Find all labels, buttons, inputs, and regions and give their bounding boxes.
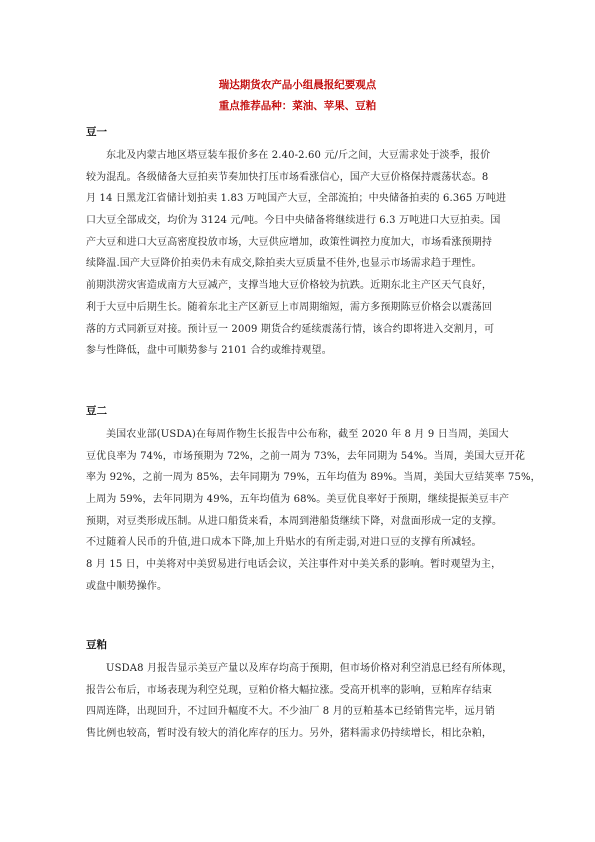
paragraph-line: 续降温.国产大豆降价拍卖仍未有成交,除拍卖大豆质量不佳外,也显示市场需求趋于理性… <box>86 257 516 279</box>
paragraph-line: 上周为 59%，去年同期为 49%，五年均值为 68%。美豆优良率好于预期，继续… <box>86 493 516 515</box>
section-body-soybean-1: 东北及内蒙古地区塔豆装车报价多在 2.40-2.60 元/斤之间，大豆需求处于淡… <box>86 149 516 366</box>
paragraph-line: 率为 92%，之前一周为 85%，去年同期为 79%，五年均值为 89%。当周，… <box>86 471 516 493</box>
paragraph-line: 口大豆全部成交，均价为 3124 元/吨。今日中央储备将继续进行 6.3 万吨进… <box>86 214 516 236</box>
section-heading-soymeal: 豆粕 <box>86 638 107 652</box>
paragraph-line: 东北及内蒙古地区塔豆装车报价多在 2.40-2.60 元/斤之间，大豆需求处于淡… <box>86 149 516 171</box>
section-heading-soybean-2: 豆二 <box>86 404 107 418</box>
document-page: 瑞达期货农产品小组晨报纪要观点 重点推荐品种：菜油、苹果、豆粕 豆一 东北及内蒙… <box>0 0 595 842</box>
paragraph-line: 四周连降，出现回升，不过回升幅度不大。不少油厂 8 月的豆粕基本已经销售完毕，远… <box>86 705 516 727</box>
paragraph-line: 产大豆和进口大豆高密度投放市场，大豆供应增加，政策性调控力度加大，市场看涨预期持 <box>86 236 516 258</box>
paragraph-line: 豆优良率为 74%，市场预期为 72%，之前一周为 73%，去年同期为 54%。… <box>86 450 516 472</box>
paragraph-line: 落的方式同新豆对接。预计豆一 2009 期货合约延续震荡行情，该合约即将进入交割… <box>86 323 516 345</box>
paragraph-line: 月 14 日黑龙江省储计划拍卖 1.83 万吨国产大豆，全部流拍；中央储备拍卖的… <box>86 192 516 214</box>
paragraph-line: 利于大豆中后期生长。随着东北主产区新豆上市周期缩短，需方多预期陈豆价格会以震荡回 <box>86 301 516 323</box>
section-body-soybean-2: 美国农业部(USDA)在每周作物生长报告中公布称，截至 2020 年 8 月 9… <box>86 428 516 602</box>
paragraph-line: 参与性降低，盘中可顺势参与 2101 合约或维持观望。 <box>86 344 516 366</box>
section-heading-soybean-1: 豆一 <box>86 125 107 139</box>
paragraph-line: 或盘中顺势操作。 <box>86 580 516 602</box>
document-subtitle: 重点推荐品种：菜油、苹果、豆粕 <box>0 99 595 113</box>
paragraph-line: USDA8 月报告显示美豆产量以及库存均高于预期，但市场价格对利空消息已经有所体… <box>86 662 516 684</box>
paragraph-line: 不过随着人民币的升值,进口成本下降,加上升贴水的有所走弱,对进口豆的支撑有所减轻… <box>86 536 516 558</box>
paragraph-line: 前期洪涝灾害造成南方大豆减产，支撑当地大豆价格较为抗跌。近期东北主产区天气良好， <box>86 279 516 301</box>
section-body-soymeal: USDA8 月报告显示美豆产量以及库存均高于预期，但市场价格对利空消息已经有所体… <box>86 662 516 749</box>
paragraph-line: 8 月 15 日，中美将对中美贸易进行电话会议，关注事件对中美关系的影响。暂时观… <box>86 558 516 580</box>
paragraph-line: 美国农业部(USDA)在每周作物生长报告中公布称，截至 2020 年 8 月 9… <box>86 428 516 450</box>
document-title: 瑞达期货农产品小组晨报纪要观点 <box>0 78 595 92</box>
paragraph-line: 较为混乱。各级储备大豆拍卖节奏加快打压市场看涨信心，国产大豆价格保持震荡状态。8 <box>86 171 516 193</box>
paragraph-line: 预期，对豆类形成压制。从进口船货来看，本周到港船货继续下降，对盘面形成一定的支撑… <box>86 515 516 537</box>
paragraph-line: 售比例也较高，暂时没有较大的消化库存的压力。另外，猪料需求仍持续增长，相比杂粕， <box>86 727 516 749</box>
paragraph-line: 报告公布后，市场表现为利空兑现，豆粕价格大幅拉涨。受高开机率的影响，豆粕库存结束 <box>86 684 516 706</box>
